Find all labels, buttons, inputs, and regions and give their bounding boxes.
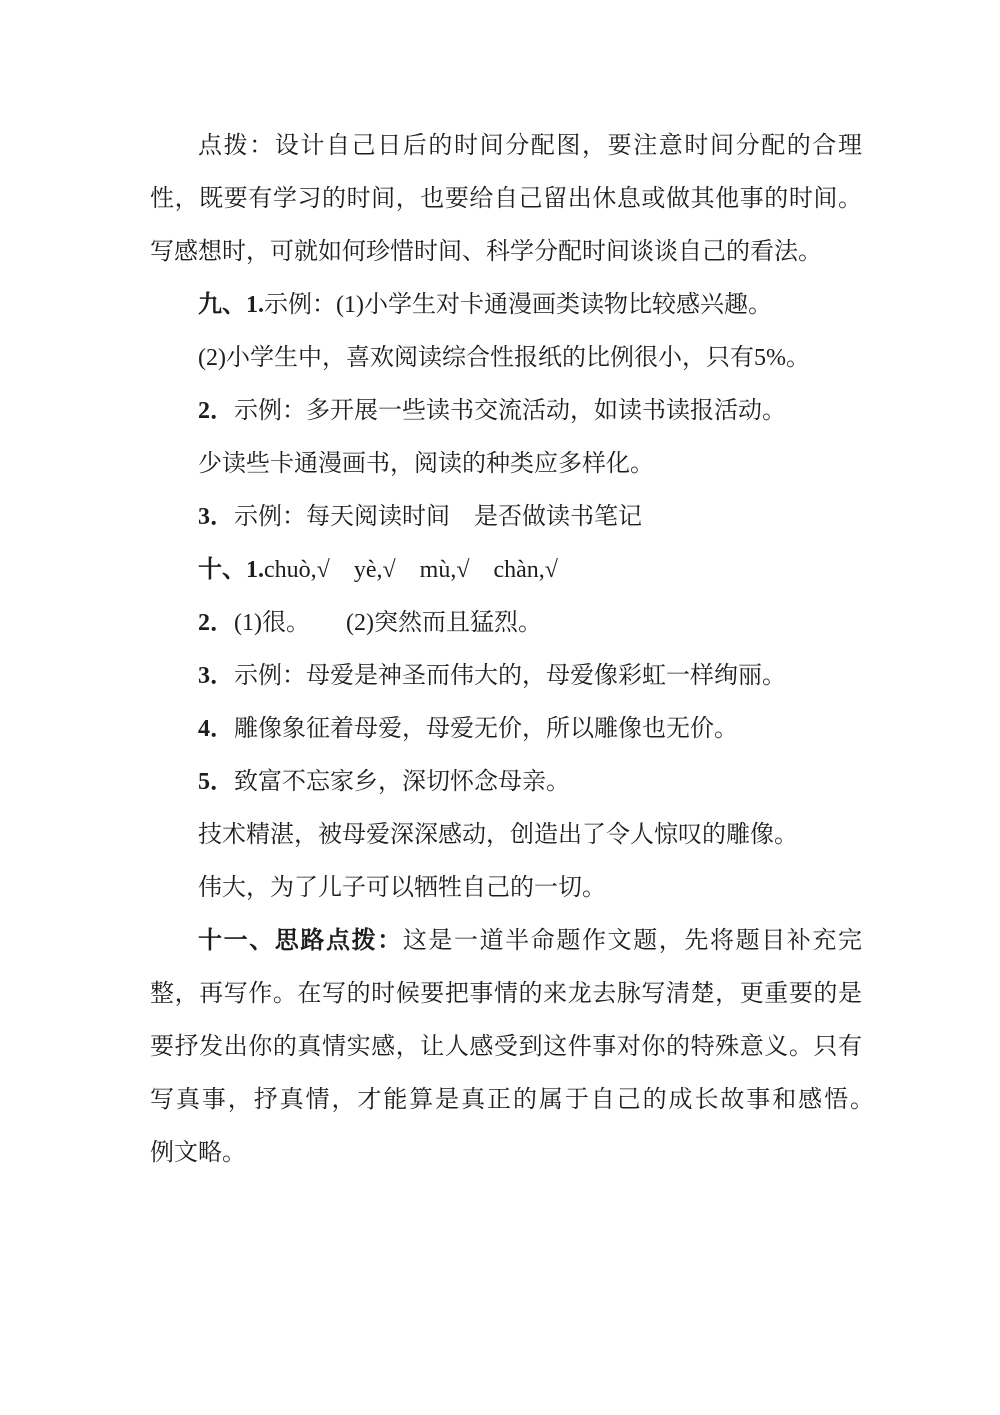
text-segment: 示例：多开展一些读书交流活动，如读书读报活动。 [234,398,786,424]
item-number: 九、1. [198,292,264,318]
paragraph: (2)小学生中，喜欢阅读综合性报纸的比例很小，只有5%。 [150,332,862,385]
text-segment: chuò,√ yè,√ mù,√ chàn,√ [264,557,558,583]
item-number: 2． [198,610,234,636]
text-segment: 这是一道半命题作文题，先将题目补充完整，再写作。在写的时候要把事情的来龙去脉写清… [150,928,910,1166]
item-number: 4． [198,716,234,742]
text-segment: (1)很。 (2)突然而且猛烈。 [234,610,542,636]
paragraph: 2．示例：多开展一些读书交流活动，如读书读报活动。 [150,385,862,438]
paragraph: 十、1.chuò,√ yè,√ mù,√ chàn,√ [150,544,862,597]
paragraph: 九、1.示例：(1)小学生对卡通漫画类读物比较感兴趣。 [150,279,862,332]
text-segment: 伟大，为了儿子可以牺牲自己的一切。 [198,875,606,901]
text-segment: 技术精湛，被母爱深深感动，创造出了令人惊叹的雕像。 [198,822,798,848]
paragraph: 5．致富不忘家乡，深切怀念母亲。 [150,756,862,809]
item-number: 3． [198,504,234,530]
text-segment: 少读些卡通漫画书，阅读的种类应多样化。 [198,451,654,477]
item-number: 2． [198,398,234,424]
paragraph: 2．(1)很。 (2)突然而且猛烈。 [150,597,862,650]
item-number: 十、1. [198,557,264,583]
text-segment: 点拨：设计自己日后的时间分配图，要注意时间分配的合理性，既要有学习的时间，也要给… [150,133,862,265]
text-segment: 雕像象征着母爱，母爱无价，所以雕像也无价。 [234,716,738,742]
item-number: 5． [198,769,234,795]
paragraph: 4．雕像象征着母爱，母爱无价，所以雕像也无价。 [150,703,862,756]
paragraph: 伟大，为了儿子可以牺牲自己的一切。 [150,862,862,915]
document-page: 点拨：设计自己日后的时间分配图，要注意时间分配的合理性，既要有学习的时间，也要给… [0,0,1000,1415]
paragraph: 少读些卡通漫画书，阅读的种类应多样化。 [150,438,862,491]
item-number: 3． [198,663,234,689]
paragraph: 十一、思路点拨：这是一道半命题作文题，先将题目补充完整，再写作。在写的时候要把事… [150,915,862,1180]
text-segment: 示例：母爱是神圣而伟大的，母爱像彩虹一样绚丽。 [234,663,786,689]
text-segment: (2)小学生中，喜欢阅读综合性报纸的比例很小，只有5%。 [198,345,810,371]
text-segment: 致富不忘家乡，深切怀念母亲。 [234,769,570,795]
paragraph: 技术精湛，被母爱深深感动，创造出了令人惊叹的雕像。 [150,809,862,862]
paragraph: 3．示例：每天阅读时间 是否做读书笔记 [150,491,862,544]
document-body: 点拨：设计自己日后的时间分配图，要注意时间分配的合理性，既要有学习的时间，也要给… [150,120,862,1180]
text-segment: 示例：(1)小学生对卡通漫画类读物比较感兴趣。 [264,292,772,318]
paragraph: 3．示例：母爱是神圣而伟大的，母爱像彩虹一样绚丽。 [150,650,862,703]
paragraph: 点拨：设计自己日后的时间分配图，要注意时间分配的合理性，既要有学习的时间，也要给… [150,120,862,279]
item-number: 十一、思路点拨： [198,928,403,954]
text-segment: 示例：每天阅读时间 是否做读书笔记 [234,504,642,530]
